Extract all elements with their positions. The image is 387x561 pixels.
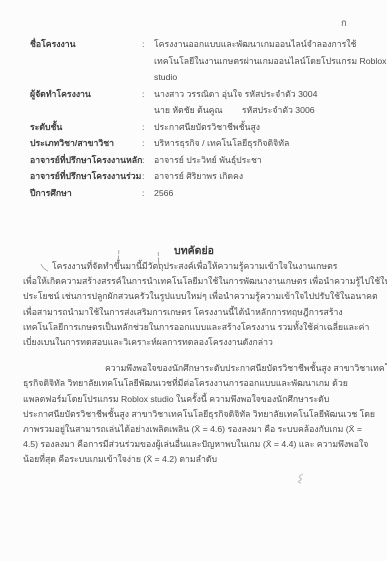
field-label: อาจารย์ที่ปรึกษาโครงงานร่วม <box>30 168 142 185</box>
field-value: studio <box>154 69 387 86</box>
abstract-line: โครงงานที่จัดทำขึ้นมานี้มีวัตถุประสงค์เพ… <box>23 259 365 274</box>
field-value-group: ประกาศนียบัตรวิชาชีพชั้นสูง <box>154 119 375 136</box>
field-value-group: โครงงานออกแบบและพัฒนาเกมออนไลน์จำลองการใ… <box>154 36 387 86</box>
field-row-level: ระดับชั้น : ประกาศนียบัตรวิชาชีพชั้นสูง <box>30 119 375 136</box>
abstract-line: เพื่อให้เกิดความสร้างสรรค์ในการนำเทคโนโล… <box>23 274 365 289</box>
field-value: นางสาว วรรณิดา อุ่นใจ รหัสประจำตัว 3004 <box>154 86 375 103</box>
abstract-line: น้อยที่สุด คือระบบเกมเข้าใจง่าย (X̄ = 4.… <box>23 452 365 467</box>
abstract-paragraph-1: โครงงานที่จัดทำขึ้นมานี้มีวัตถุประสงค์เพ… <box>23 259 365 350</box>
field-value-group: นางสาว วรรณิดา อุ่นใจ รหัสประจำตัว 3004 … <box>154 86 375 119</box>
page-number: ก <box>341 16 347 31</box>
abstract-paragraph-2: ความพึงพอใจของนักศึกษาระดับประกาศนียบัตร… <box>23 361 365 467</box>
field-value-group: อาจารย์ ประวิทย์ พันธุ์ประชา <box>154 152 375 169</box>
field-row-academic-year: ปีการศึกษา : 2566 <box>30 185 375 202</box>
abstract-section: บทคัดย่อ โครงงานที่จัดทำขึ้นมานี้มีวัตถุ… <box>23 242 365 468</box>
scanned-document-page: ก ชื่อโครงงาน : โครงงานออกแบบและพัฒนาเกม… <box>0 0 387 561</box>
field-value-group: อาจารย์ ศิริยาพร เกิดคง <box>154 168 375 185</box>
field-label: ผู้จัดทำโครงงาน <box>30 86 142 103</box>
field-colon: : <box>142 168 154 185</box>
project-info-section: ชื่อโครงงาน : โครงงานออกแบบและพัฒนาเกมออ… <box>30 36 375 201</box>
field-row-project-title: ชื่อโครงงาน : โครงงานออกแบบและพัฒนาเกมออ… <box>30 36 375 86</box>
abstract-line: ภาพรวมอยู่ในสามารถเล่นได้อย่างเพลิดเพลิน… <box>23 422 365 437</box>
abstract-line: ธุรกิจดิจิทัล วิทยาลัยเทคโนโลยีพัฒนเวชที… <box>23 376 365 391</box>
field-row-subject-type: ประเภทวิชา/สาขาวิชา : บริหารธุรกิจ / เทค… <box>30 135 375 152</box>
field-value-group: บริหารธุรกิจ / เทคโนโลยีธุรกิจดิจิทัล <box>154 135 375 152</box>
field-value: 2566 <box>154 185 375 202</box>
field-colon: : <box>142 152 154 169</box>
abstract-line: เพื่อสามารถนำมาใช้ในการส่งเสริมการเกษตร … <box>23 305 365 320</box>
pencil-caret-mark <box>40 263 49 272</box>
field-value: โครงงานออกแบบและพัฒนาเกมออนไลน์จำลองการใ… <box>154 36 387 53</box>
field-row-co-advisor: อาจารย์ที่ปรึกษาโครงงานร่วม : อาจารย์ ศิ… <box>30 168 375 185</box>
abstract-line: แพลตฟอร์มโดยโปรแกรม Roblox studio ในครั้… <box>23 392 365 407</box>
field-label: อาจารย์ที่ปรึกษาโครงงานหลัก <box>30 152 142 169</box>
field-row-authors: ผู้จัดทำโครงงาน : นางสาว วรรณิดา อุ่นใจ … <box>30 86 375 119</box>
field-value: เทคโนโลยีในงานเกษตรผ่านเกมออนไลน์โดยโปรแ… <box>154 53 387 70</box>
abstract-line: ประโยชน์ เช่นการปลูกผักสวนครัวในรูปแบบให… <box>23 289 365 304</box>
abstract-line: 4.5) รองลงมา คือการมีส่วนร่วมของผู้เล่นอ… <box>23 437 365 452</box>
field-label: ปีการศึกษา <box>30 185 142 202</box>
pencil-scribble-mark <box>296 473 306 484</box>
field-value: อาจารย์ ประวิทย์ พันธุ์ประชา <box>154 152 375 169</box>
field-label: ประเภทวิชา/สาขาวิชา <box>30 135 142 152</box>
field-colon: : <box>142 119 154 136</box>
field-value: ประกาศนียบัตรวิชาชีพชั้นสูง <box>154 119 375 136</box>
abstract-line: เทคโนโลยีการเกษตรเป็นหลักช่วยในการออกแบบ… <box>23 320 365 335</box>
field-colon: : <box>142 135 154 152</box>
field-label: ระดับชั้น <box>30 119 142 136</box>
field-value: อาจารย์ ศิริยาพร เกิดคง <box>154 168 375 185</box>
field-label: ชื่อโครงงาน <box>30 36 142 53</box>
abstract-heading: บทคัดย่อ <box>23 242 365 259</box>
field-colon: : <box>142 86 154 103</box>
abstract-line: เบี่ยงเบนในการทดสอบและวิเคราะห์ผลการทดลอ… <box>23 335 365 350</box>
field-value: นาย หัตชัย ต้นคูณ รหัสประจำตัว 3006 <box>154 102 375 119</box>
field-colon: : <box>142 36 154 53</box>
field-colon: : <box>142 185 154 202</box>
abstract-line: ประกาศนียบัตรวิชาชีพชั้นสูง สาขาวิชาเทคโ… <box>23 407 365 422</box>
field-value-group: 2566 <box>154 185 375 202</box>
abstract-line: ความพึงพอใจของนักศึกษาระดับประกาศนียบัตร… <box>23 361 365 376</box>
field-row-main-advisor: อาจารย์ที่ปรึกษาโครงงานหลัก : อาจารย์ ปร… <box>30 152 375 169</box>
field-value: บริหารธุรกิจ / เทคโนโลยีธุรกิจดิจิทัล <box>154 135 375 152</box>
